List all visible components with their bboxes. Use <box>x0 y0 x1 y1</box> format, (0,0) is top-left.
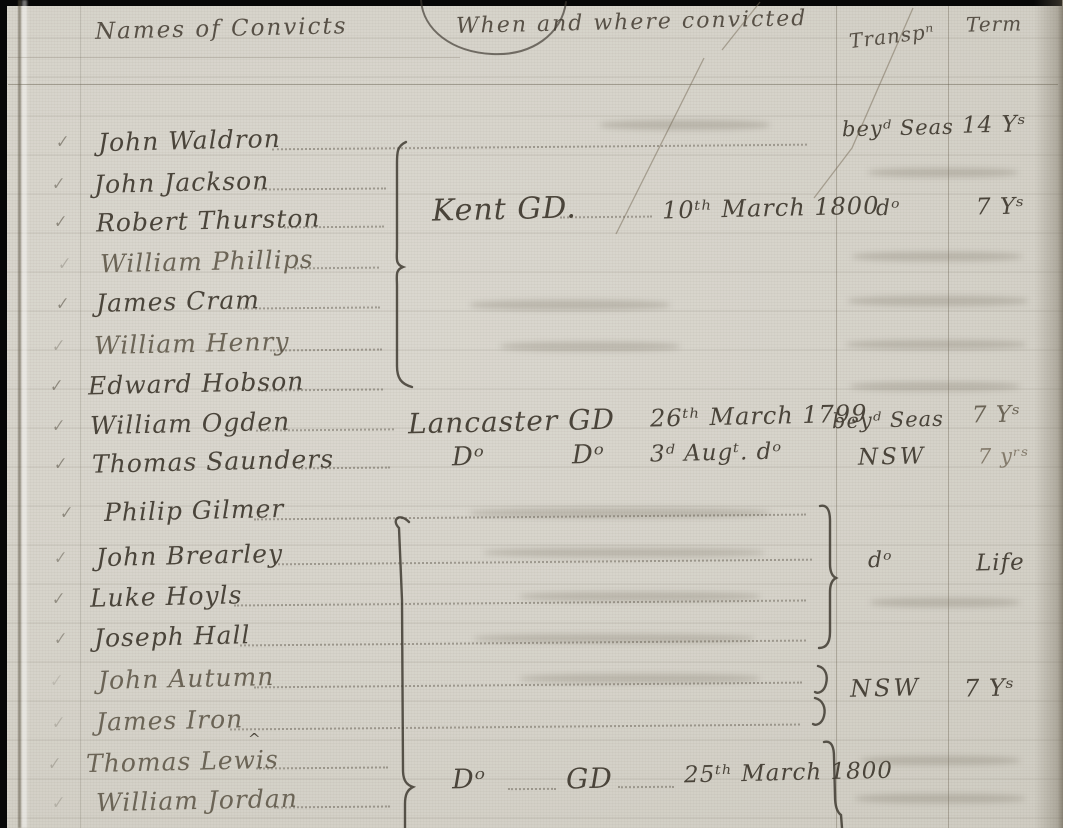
convict-name: William Ogden <box>90 407 291 441</box>
convict-name: John Jackson <box>94 166 270 199</box>
transportation-entry: NSW <box>850 673 922 703</box>
conviction-date: 3ᵈ Augᵗ. dᵒ <box>650 439 783 468</box>
bleedthrough-smudge <box>868 168 1018 177</box>
convict-name: Thomas Lewis <box>86 745 279 778</box>
convict-name: Joseph Hall <box>94 620 251 653</box>
scan-right-margin <box>1063 0 1076 828</box>
bleedthrough-smudge <box>470 300 670 310</box>
bleedthrough-smudge <box>600 120 770 130</box>
conviction-ditto: Dᵒ <box>452 764 487 796</box>
check-icon: ✓ <box>52 792 66 814</box>
conviction-ditto: Dᵒ <box>452 442 486 473</box>
term-entry: 7 Yˢ <box>964 673 1015 702</box>
header-term: Term <box>966 11 1023 36</box>
bleedthrough-smudge <box>848 296 1028 306</box>
term-entry: Life <box>976 549 1025 576</box>
bleedthrough-smudge <box>846 340 1026 349</box>
bleedthrough-smudge <box>470 508 770 518</box>
leader-line <box>508 788 556 790</box>
bleedthrough-smudge <box>500 342 680 351</box>
convict-name: William Phillips <box>100 245 314 279</box>
term-entry: 14 Yˢ <box>962 111 1027 138</box>
conviction-date: 25ᵗʰ March 1800 <box>684 758 894 789</box>
paper-right-edge-shadow <box>1034 0 1063 828</box>
bleedthrough-smudge <box>855 794 1025 803</box>
convict-name: Philip Gilmer <box>104 494 285 527</box>
transportation-entry: dᵒ <box>868 548 893 574</box>
check-icon: ✓ <box>52 415 66 437</box>
convict-name: John Autumn <box>98 662 275 695</box>
term-entry: 7 yʳˢ <box>978 443 1030 468</box>
convict-name: James Cram <box>96 285 261 318</box>
convict-name: Thomas Saunders <box>92 444 335 478</box>
check-icon: ✓ <box>54 628 68 650</box>
check-icon: ✓ <box>56 131 70 153</box>
insertion-caret-mark: ^ <box>248 730 261 748</box>
convict-register-scan: Names of Convicts When and where convict… <box>0 0 1076 828</box>
check-icon: ✓ <box>50 375 64 397</box>
transportation-entry: NSW <box>858 443 927 471</box>
check-icon: ✓ <box>52 335 66 357</box>
check-icon: ✓ <box>50 670 64 692</box>
term-entry: 7 Yˢ <box>976 193 1025 220</box>
check-icon: ✓ <box>54 453 68 475</box>
conviction-ditto: GD <box>566 761 614 795</box>
check-icon: ✓ <box>60 502 74 524</box>
scan-left-border <box>0 0 7 828</box>
bleedthrough-smudge <box>484 548 764 557</box>
check-icon: ✓ <box>52 173 66 195</box>
scan-top-border <box>0 0 1062 6</box>
term-entry: 7 Yˢ <box>972 401 1021 428</box>
convict-name: Edward Hobson <box>88 367 305 401</box>
transportation-entry: beyᵈ Seas <box>842 115 954 142</box>
bleedthrough-smudge <box>520 592 760 601</box>
bleedthrough-smudge <box>852 252 1022 261</box>
check-icon: ✓ <box>54 211 68 233</box>
conviction-ditto: Dᵒ <box>572 440 606 471</box>
check-icon: ✓ <box>52 588 66 610</box>
paper-fold-highlight <box>22 0 27 828</box>
convict-name: John Brearley <box>96 539 284 572</box>
convict-name: James Iron <box>96 704 244 736</box>
bleedthrough-smudge <box>520 674 760 683</box>
convict-name: John Waldron <box>98 124 281 157</box>
transportation-entry: beyᵈ Seas <box>832 407 944 434</box>
convict-name: Luke Hoyls <box>90 580 243 612</box>
convict-name: William Henry <box>94 327 290 360</box>
conviction-place: Lancaster GD <box>408 403 616 441</box>
header-underline-left <box>8 57 460 58</box>
bleedthrough-smudge <box>474 634 754 643</box>
check-icon: ✓ <box>56 293 70 315</box>
check-icon: ✓ <box>48 753 62 775</box>
convict-name: Robert Thurston <box>96 203 321 237</box>
conviction-place: Kent GD. <box>432 190 578 228</box>
conviction-date: 10ᵗʰ March 1800 <box>662 192 880 225</box>
check-icon: ✓ <box>54 547 68 569</box>
bleedthrough-smudge <box>870 598 1020 607</box>
transportation-entry: dᵒ <box>876 196 901 222</box>
paper-fold-line <box>18 0 21 828</box>
check-icon: ✓ <box>52 712 66 734</box>
convict-name: William Jordan <box>96 784 298 818</box>
bleedthrough-smudge <box>860 756 1020 765</box>
bleedthrough-smudge <box>850 382 1020 391</box>
column-rule-names <box>80 6 81 828</box>
check-icon: ✓ <box>58 253 72 275</box>
header-underline-full <box>8 84 1058 85</box>
